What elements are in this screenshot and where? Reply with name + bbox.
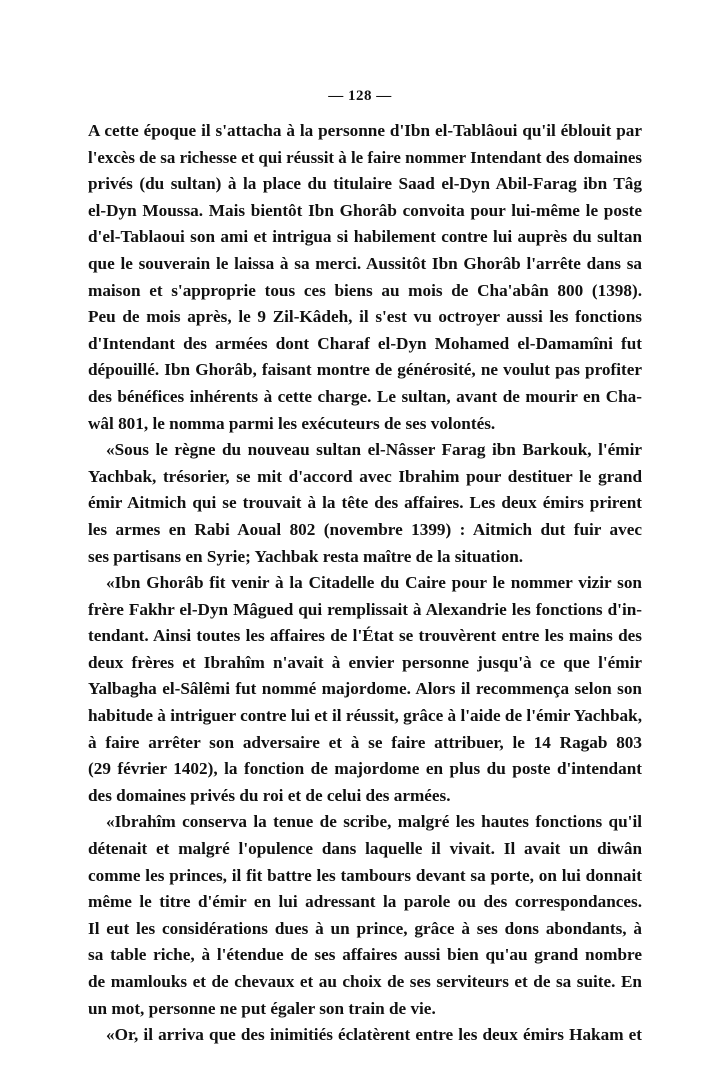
text-line: Peu de mois après, le 9 Zil-Kâdeh, il s'… [88,304,642,331]
text-line: sa table riche, à l'étendue de ses affai… [88,942,642,969]
text-line: comme les princes, il fit battre les tam… [88,863,642,890]
text-line: un mot, personne ne put égaler son train… [88,996,642,1023]
text-line: d'el-Tablaoui son ami et intrigua si hab… [88,224,642,251]
body-text: A cette époque il s'attacha à la personn… [88,118,642,1049]
text-line: tendant. Ainsi toutes les affaires de l'… [88,623,642,650]
text-line: Il eut les considérations dues à un prin… [88,916,642,943]
text-line: privés (du sultan) à la place du titulai… [88,171,642,198]
text-line: «Ibrahîm conserva la tenue de scribe, ma… [88,809,642,836]
paragraph: «Or, il arriva que des inimitiés éclatèr… [88,1022,642,1049]
text-line: de mamlouks et de chevaux et au choix de… [88,969,642,996]
text-line: (29 février 1402), la fonction de majord… [88,756,642,783]
text-line: «Ibn Ghorâb fit venir à la Citadelle du … [88,570,642,597]
text-line: que le souverain le laissa à sa merci. A… [88,251,642,278]
paragraph: «Ibrahîm conserva la tenue de scribe, ma… [88,809,642,1022]
paragraph: «Sous le règne du nouveau sultan el-Nâss… [88,437,642,570]
text-line: dépouillé. Ibn Ghorâb, faisant montre de… [88,357,642,384]
text-line: à faire arrêter son adversaire et à se f… [88,730,642,757]
text-line: Yalbagha el-Sâlêmi fut nommé majordome. … [88,676,642,703]
text-line: les armes en Rabi Aoual 802 (novembre 13… [88,517,642,544]
text-line: frère Fakhr el-Dyn Mâgued qui remplissai… [88,597,642,624]
text-line: détenait et malgré l'opulence dans laque… [88,836,642,863]
page-number: — 128 — [0,88,720,105]
text-line: même le titre d'émir en lui adressant la… [88,889,642,916]
text-line: l'excès de sa richesse et qui réussit à … [88,145,642,172]
text-line: deux frères et Ibrahîm n'avait à envier … [88,650,642,677]
text-line: «Or, il arriva que des inimitiés éclatèr… [88,1022,642,1049]
text-line: Yachbak, trésorier, se mit d'accord avec… [88,464,642,491]
text-line: d'Intendant des armées dont Charaf el-Dy… [88,331,642,358]
text-line: el-Dyn Moussa. Mais bientôt Ibn Ghorâb c… [88,198,642,225]
text-line: émir Aitmich qui se trouvait à la tête d… [88,490,642,517]
text-line: A cette époque il s'attacha à la personn… [88,118,642,145]
text-line: des domaines privés du roi et de celui d… [88,783,642,810]
text-line: «Sous le règne du nouveau sultan el-Nâss… [88,437,642,464]
paragraph: «Ibn Ghorâb fit venir à la Citadelle du … [88,570,642,809]
text-line: des bénéfices inhérents à cette charge. … [88,384,642,411]
paragraph: A cette époque il s'attacha à la personn… [88,118,642,437]
text-line: wâl 801, le nomma parmi les exécuteurs d… [88,411,642,438]
text-line: maison et s'approprie tous ces biens au … [88,278,642,305]
text-line: habitude à intriguer contre lui et il ré… [88,703,642,730]
text-line: ses partisans en Syrie; Yachbak resta ma… [88,544,642,571]
